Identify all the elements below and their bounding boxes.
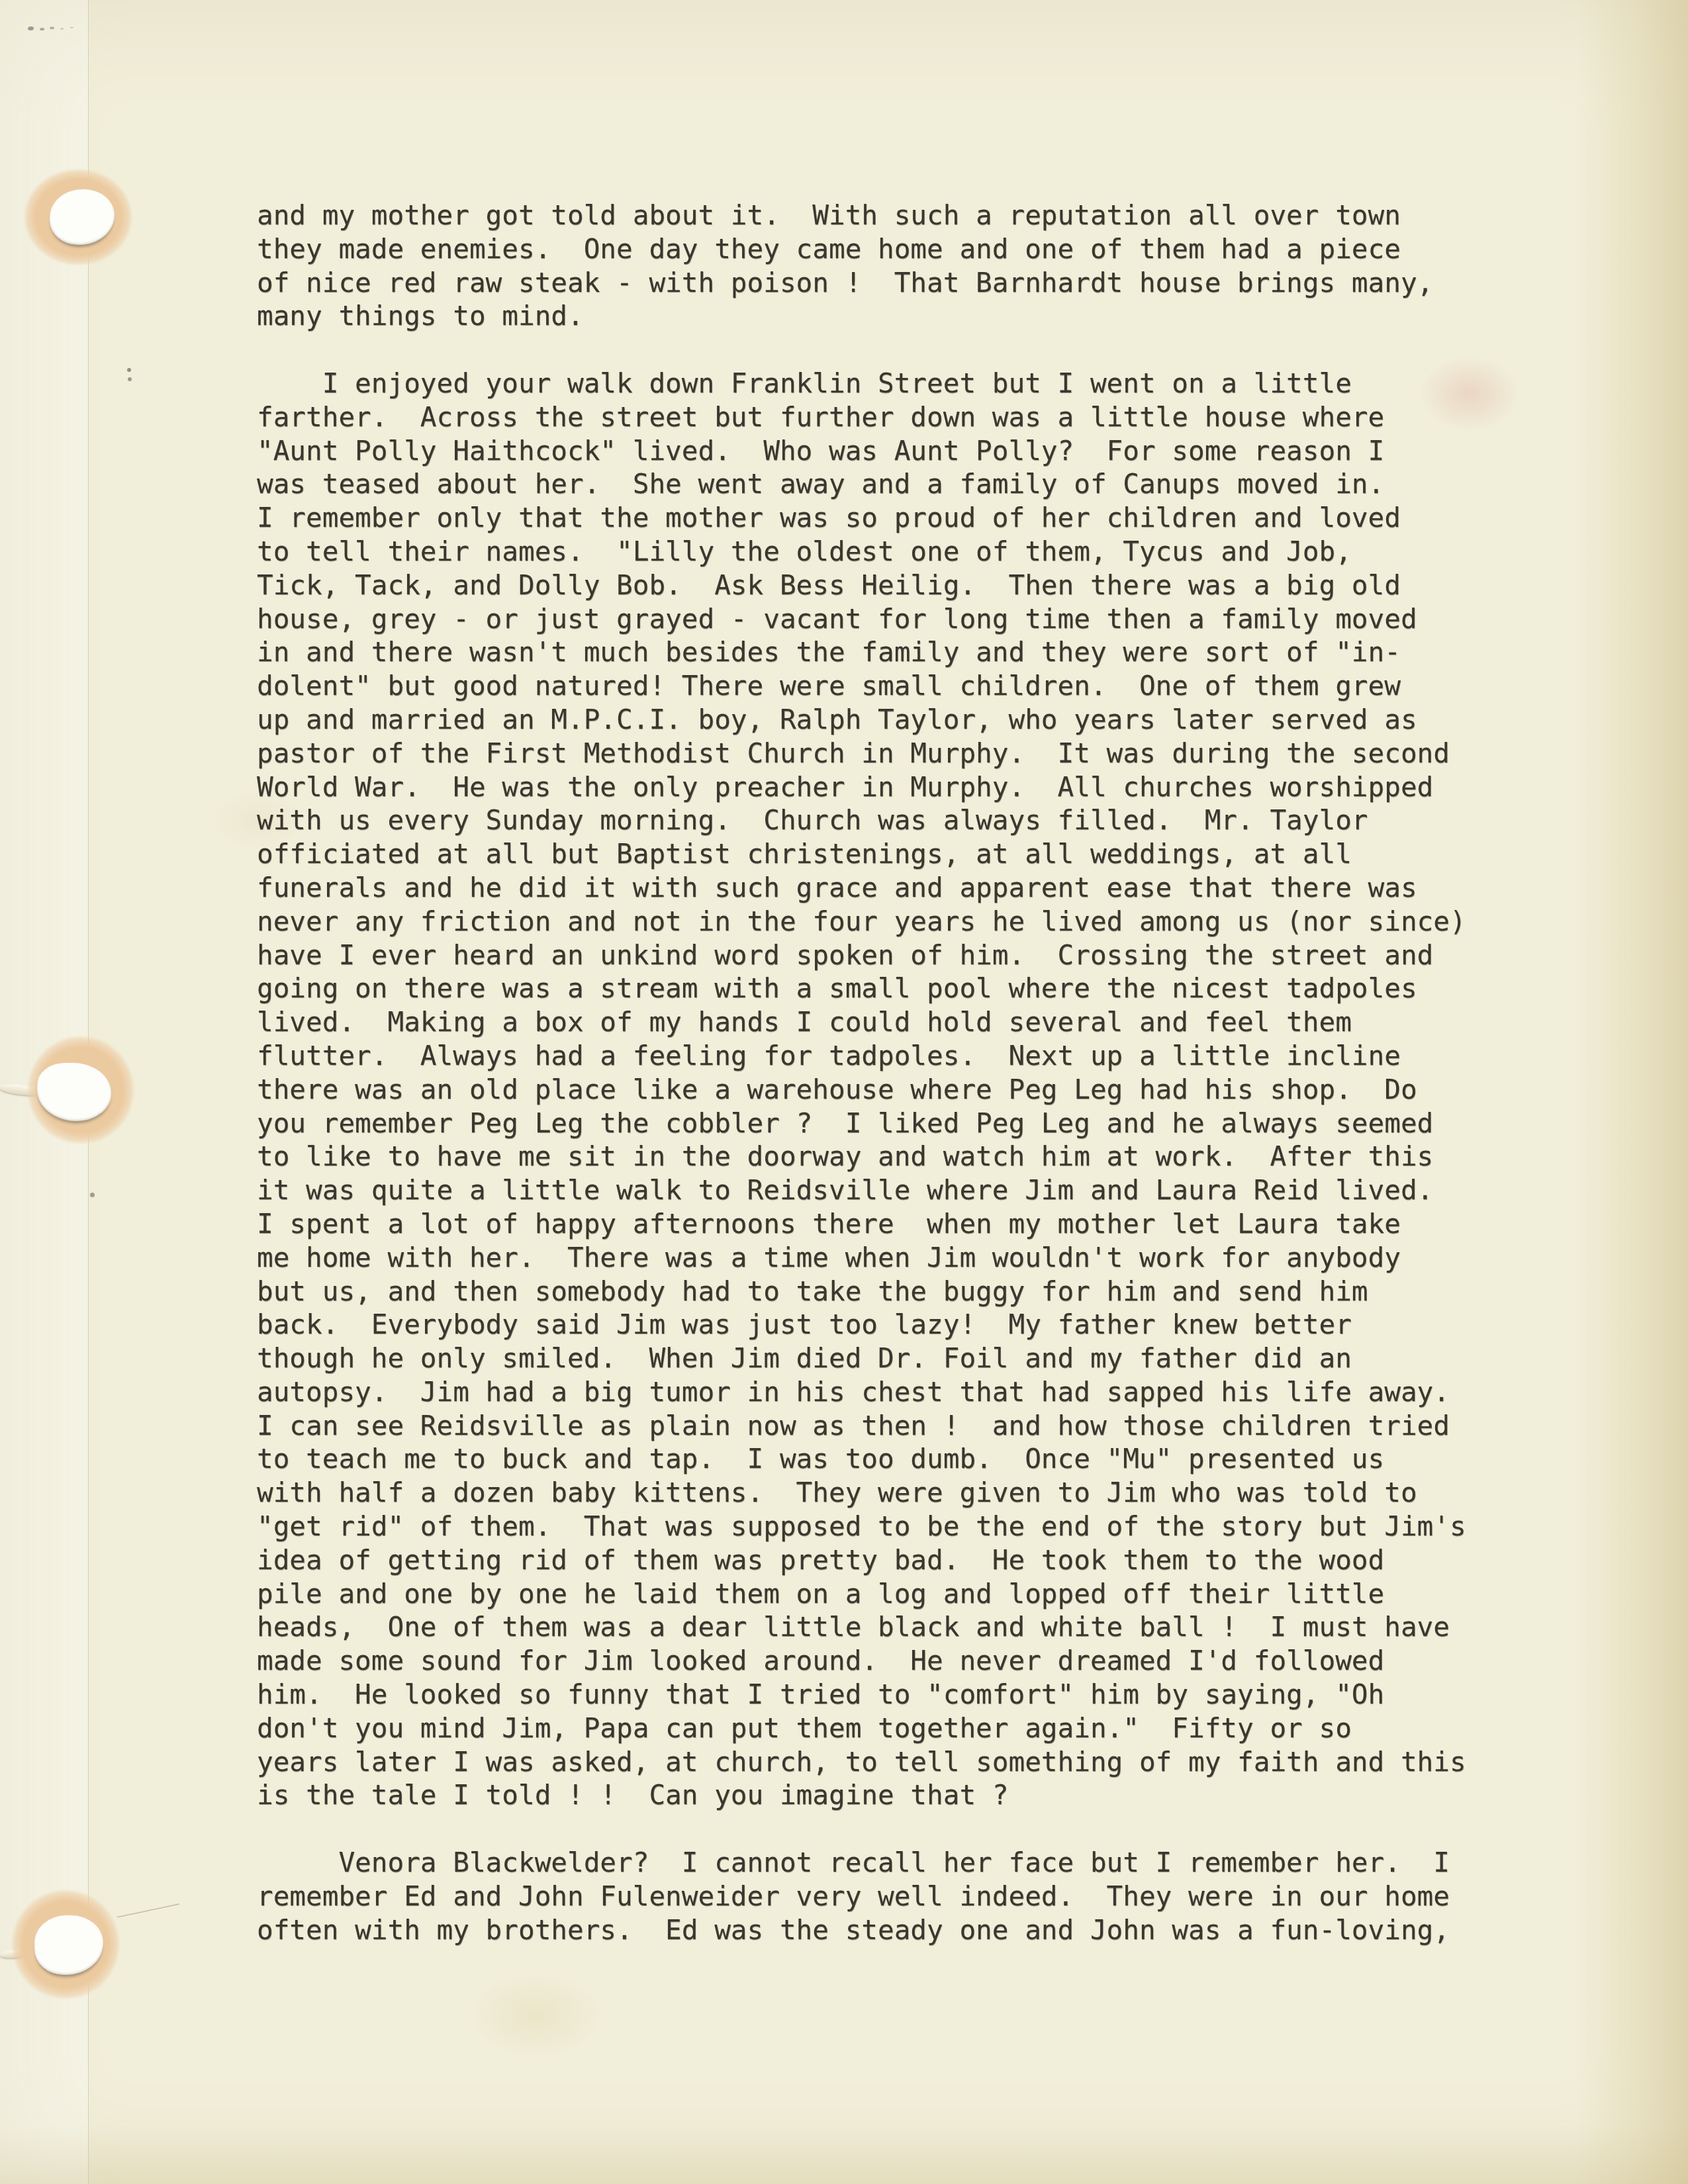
text-line: you remember Peg Leg the cobbler ? I lik…: [257, 1107, 1515, 1140]
text-line: house, grey - or just grayed - vacant fo…: [257, 602, 1515, 636]
text-line: many things to mind.: [257, 299, 1515, 333]
text-line: flutter. Always had a feeling for tadpol…: [257, 1039, 1515, 1073]
text-line: up and married an M.P.C.I. boy, Ralph Ta…: [257, 703, 1515, 737]
text-line: I remember only that the mother was so p…: [257, 501, 1515, 535]
punch-hole: [34, 1915, 103, 1975]
letter-page: and my mother got told about it. With su…: [0, 0, 1688, 2184]
text-line: funerals and he did it with such grace a…: [257, 871, 1515, 905]
text-line: Tick, Tack, and Dolly Bob. Ask Bess Heil…: [257, 569, 1515, 602]
text-line: farther. Across the street but further d…: [257, 400, 1515, 434]
text-line: pile and one by one he laid them on a lo…: [257, 1577, 1515, 1611]
text-line: I can see Reidsville as plain now as the…: [257, 1409, 1515, 1443]
ink-speck: [90, 1193, 95, 1197]
text-line: with us every Sunday morning. Church was…: [257, 803, 1515, 837]
text-line: pastor of the First Methodist Church in …: [257, 737, 1515, 770]
text-line: made some sound for Jim looked around. H…: [257, 1644, 1515, 1678]
typewritten-paragraph: I enjoyed your walk down Franklin Street…: [257, 367, 1515, 1812]
text-line: idea of getting rid of them was pretty b…: [257, 1543, 1515, 1577]
text-line: in and there wasn't much besides the fam…: [257, 635, 1515, 669]
paper-stain: [450, 1959, 622, 2071]
text-line: going on there was a stream with a small…: [257, 972, 1515, 1005]
text-line: years later I was asked, at church, to t…: [257, 1745, 1515, 1779]
text-line: have I ever heard an unkind word spoken …: [257, 938, 1515, 972]
text-line: to like to have me sit in the doorway an…: [257, 1140, 1515, 1173]
text-line: to teach me to buck and tap. I was too d…: [257, 1442, 1515, 1476]
text-line: me home with her. There was a time when …: [257, 1241, 1515, 1275]
text-line: remember Ed and John Fulenweider very we…: [257, 1880, 1515, 1913]
text-line: to tell their names. "Lilly the oldest o…: [257, 535, 1515, 569]
punch-hole-reinforcement: [26, 1035, 135, 1145]
text-line: lived. Making a box of my hands I could …: [257, 1005, 1515, 1039]
text-line: I enjoyed your walk down Franklin Street…: [257, 367, 1515, 400]
text-line: is the tale I told ! ! Can you imagine t…: [257, 1778, 1515, 1812]
text-line: though he only smiled. When Jim died Dr.…: [257, 1342, 1515, 1375]
text-line: "get rid" of them. That was supposed to …: [257, 1510, 1515, 1543]
text-line: don't you mind Jim, Papa can put them to…: [257, 1711, 1515, 1745]
text-line: Venora Blackwelder? I cannot recall her …: [257, 1846, 1515, 1880]
text-line: dolent" but good natured! There were sma…: [257, 669, 1515, 703]
paper-bottom-edge: [0, 2124, 1688, 2184]
text-line: back. Everybody said Jim was just too la…: [257, 1308, 1515, 1342]
letter-body: and my mother got told about it. With su…: [257, 199, 1515, 1946]
text-line: "Aunt Polly Haithcock" lived. Who was Au…: [257, 434, 1515, 468]
punch-hole-reinforcement: [11, 1889, 120, 2000]
text-line: was teased about her. She went away and …: [257, 467, 1515, 501]
text-line: never any friction and not in the four y…: [257, 905, 1515, 938]
punch-hole-reinforcement: [23, 168, 133, 266]
typewritten-paragraph: and my mother got told about it. With su…: [257, 199, 1515, 333]
ink-speck: [127, 368, 131, 372]
text-line: autopsy. Jim had a big tumor in his ches…: [257, 1375, 1515, 1409]
text-line: it was quite a little walk to Reidsville…: [257, 1173, 1515, 1207]
punch-hole: [50, 189, 115, 245]
text-line: they made enemies. One day they came hom…: [257, 232, 1515, 266]
paper-crease: [117, 1903, 179, 1918]
text-line: heads, One of them was a dear little bla…: [257, 1610, 1515, 1644]
text-line: of nice red raw steak - with poison ! Th…: [257, 266, 1515, 300]
punch-hole: [37, 1063, 111, 1121]
text-line: World War. He was the only preacher in M…: [257, 770, 1515, 804]
text-line: I spent a lot of happy afternoons there …: [257, 1207, 1515, 1241]
paper-right-edge: [1575, 0, 1688, 2184]
typewritten-paragraph: Venora Blackwelder? I cannot recall her …: [257, 1846, 1515, 1946]
text-line: but us, and then somebody had to take th…: [257, 1275, 1515, 1308]
text-line: and my mother got told about it. With su…: [257, 199, 1515, 232]
text-line: there was an old place like a warehouse …: [257, 1073, 1515, 1107]
text-line: often with my brothers. Ed was the stead…: [257, 1913, 1515, 1947]
text-line: him. He looked so funny that I tried to …: [257, 1678, 1515, 1711]
text-line: with half a dozen baby kittens. They wer…: [257, 1476, 1515, 1510]
text-line: officiated at all but Baptist christenin…: [257, 837, 1515, 871]
